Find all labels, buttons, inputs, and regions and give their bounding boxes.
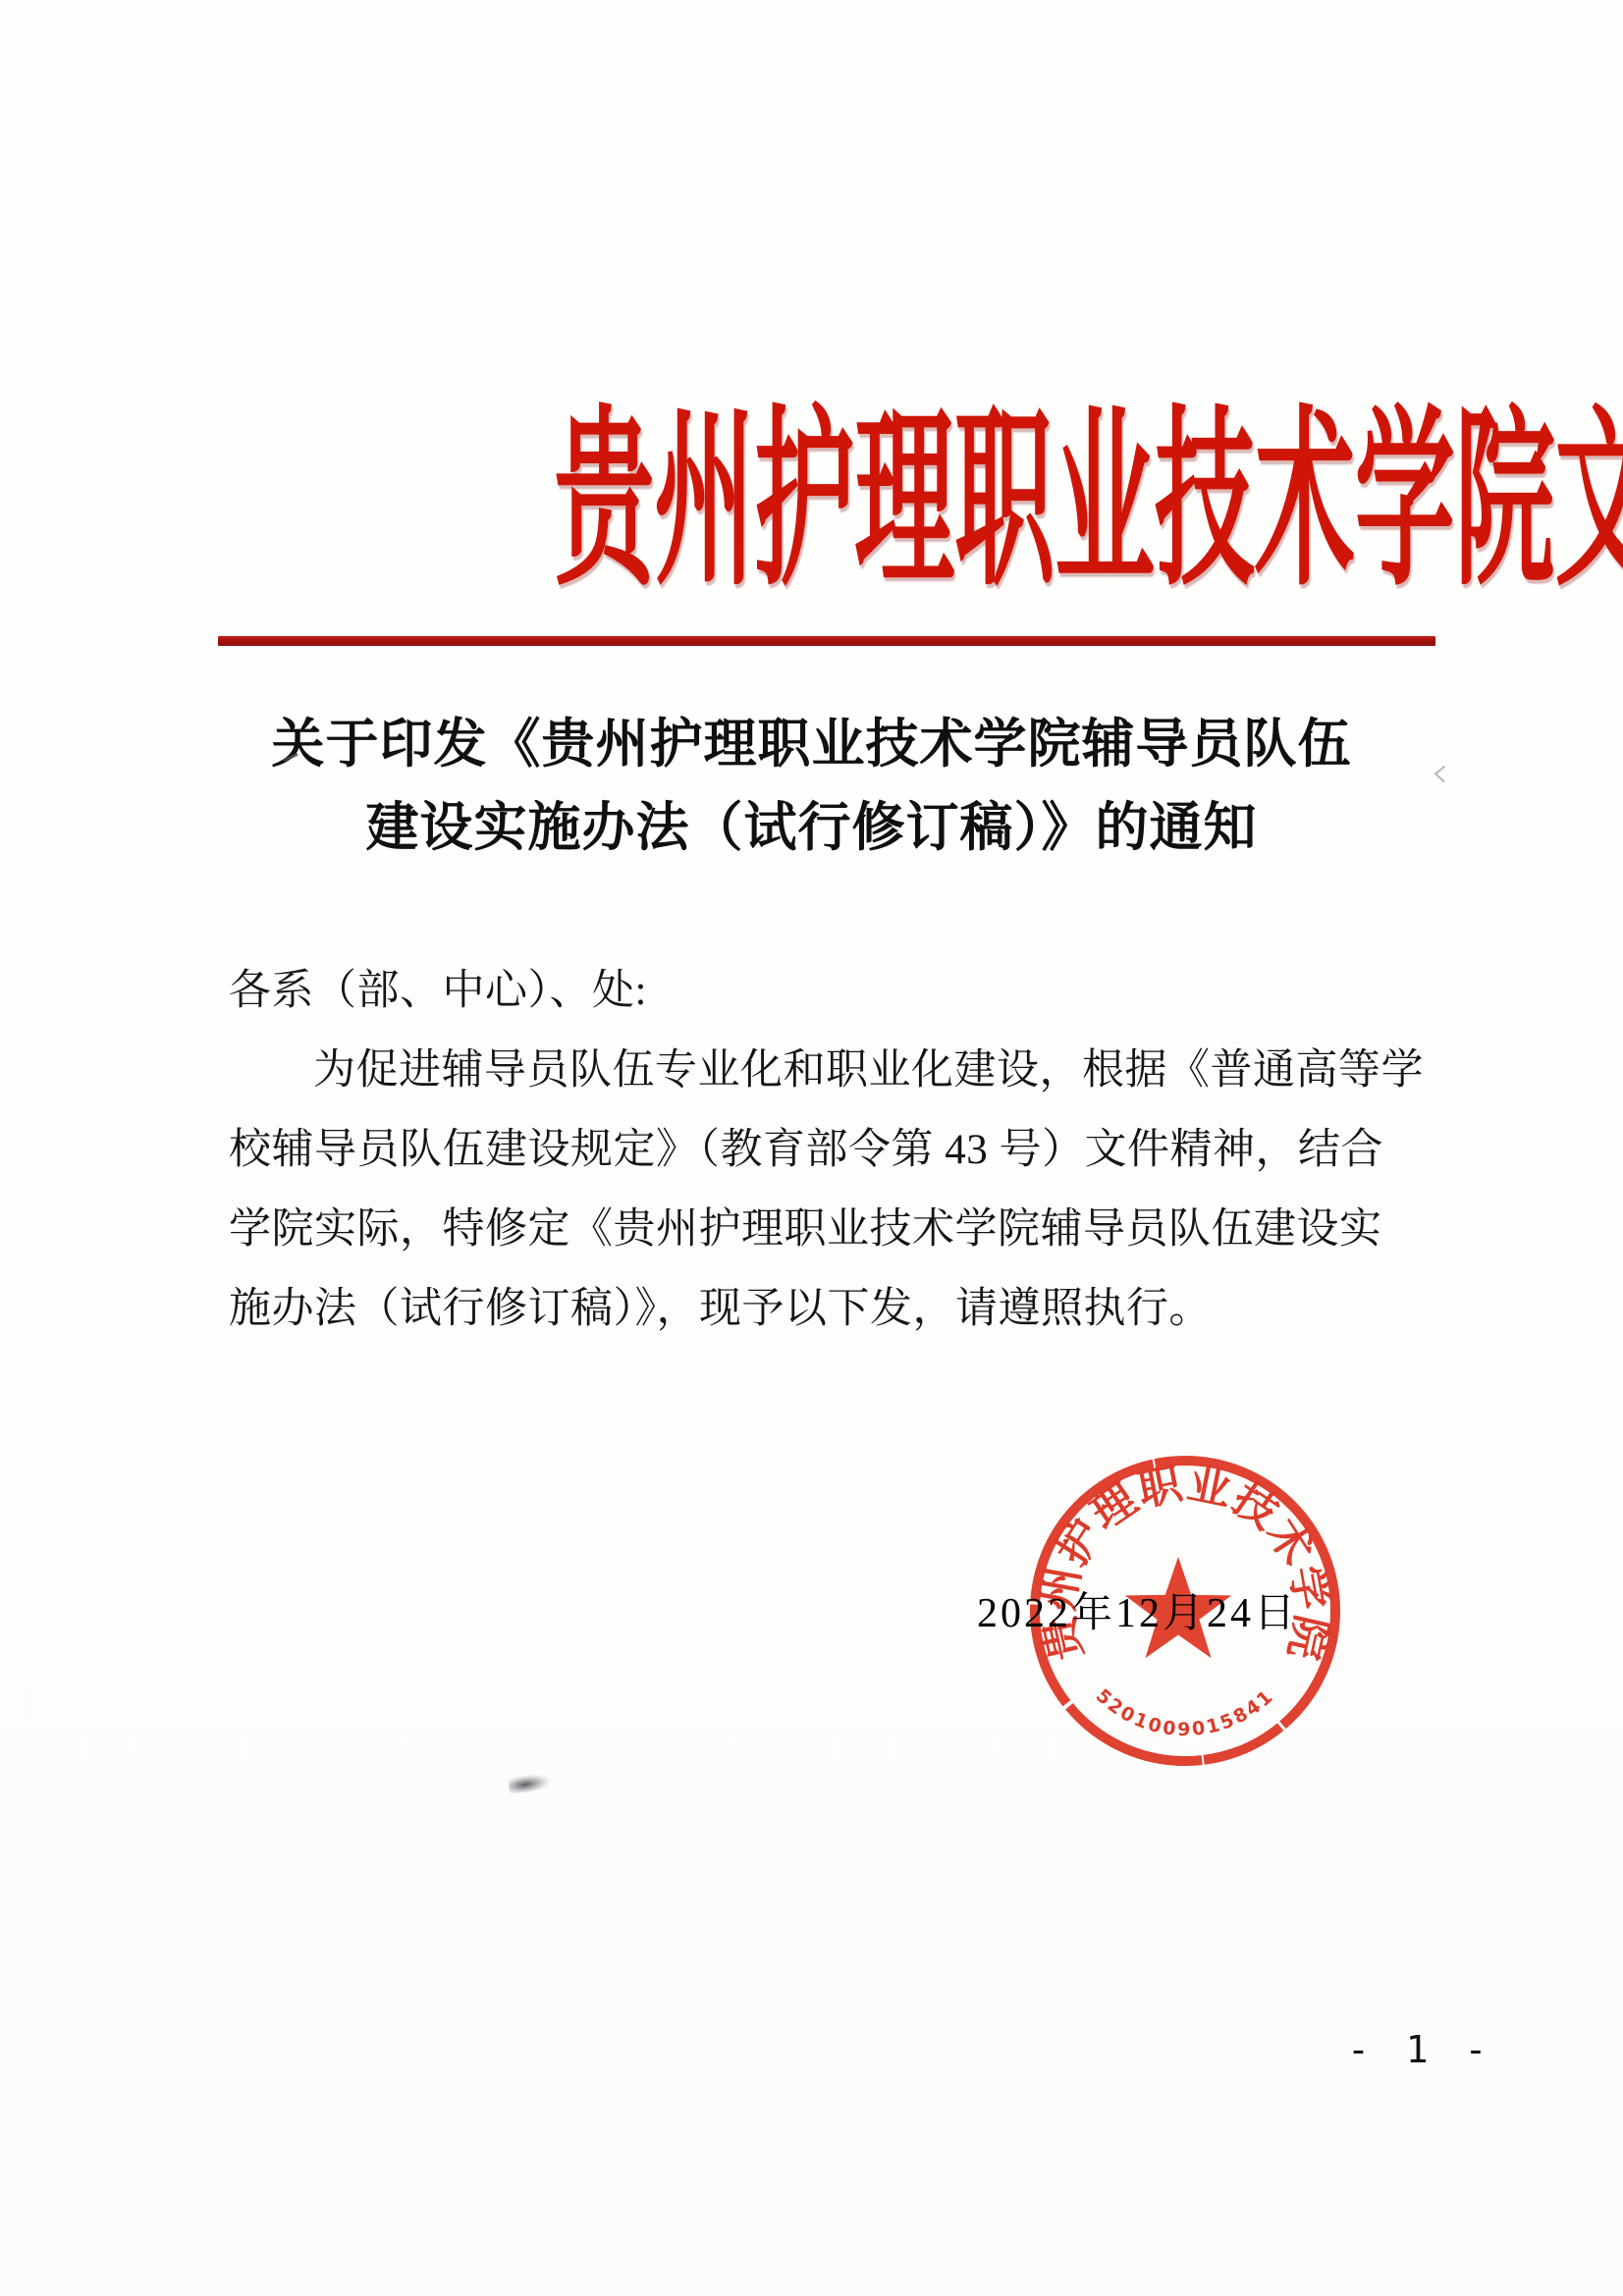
letterhead-org-title: 贵州护理职业技术学院文件 xyxy=(554,400,1623,605)
body-line: 施办法（试行修订稿）》，现予以下发，请遵照执行。 xyxy=(229,1269,1402,1349)
svg-text:5201009015841: 5201009015841 xyxy=(1092,1684,1278,1739)
body-line: 为促进辅导员队伍专业化和职业化建设，根据《普通高等学 xyxy=(229,1031,1402,1110)
document-page: 贵州护理职业技术学院文件 关于印发《贵州护理职业技术学院辅导员队伍 建设实施办法… xyxy=(0,0,1623,2296)
page-number: - 1 - xyxy=(1347,2028,1493,2071)
body-line: 学院实际，特修定《贵州护理职业技术学院辅导员队伍建设实 xyxy=(229,1190,1402,1269)
document-title-line1: 关于印发《贵州护理职业技术学院辅导员队伍 xyxy=(0,703,1623,786)
official-seal: 贵州护理职业技术学院 5201009015841 xyxy=(1026,1453,1345,1772)
letterhead: 贵州护理职业技术学院文件 xyxy=(0,400,1623,605)
scan-artifact-smudge xyxy=(508,1772,551,1794)
document-title: 关于印发《贵州护理职业技术学院辅导员队伍 建设实施办法（试行修订稿）》的通知 xyxy=(0,703,1623,870)
seal-star-icon xyxy=(1125,1557,1231,1658)
document-title-line2: 建设实施办法（试行修订稿）》的通知 xyxy=(0,786,1623,870)
body-text: 各系（部、中心）、处: 为促进辅导员队伍专业化和职业化建设，根据《普通高等学 校… xyxy=(229,951,1402,1349)
seal-code-text: 5201009015841 xyxy=(1092,1684,1278,1739)
letterhead-divider xyxy=(218,636,1435,646)
body-salutation: 各系（部、中心）、处: xyxy=(229,951,1402,1031)
body-line: 校辅导员队伍建设规定》（教育部令第 43 号）文件精神，结合 xyxy=(229,1110,1402,1190)
